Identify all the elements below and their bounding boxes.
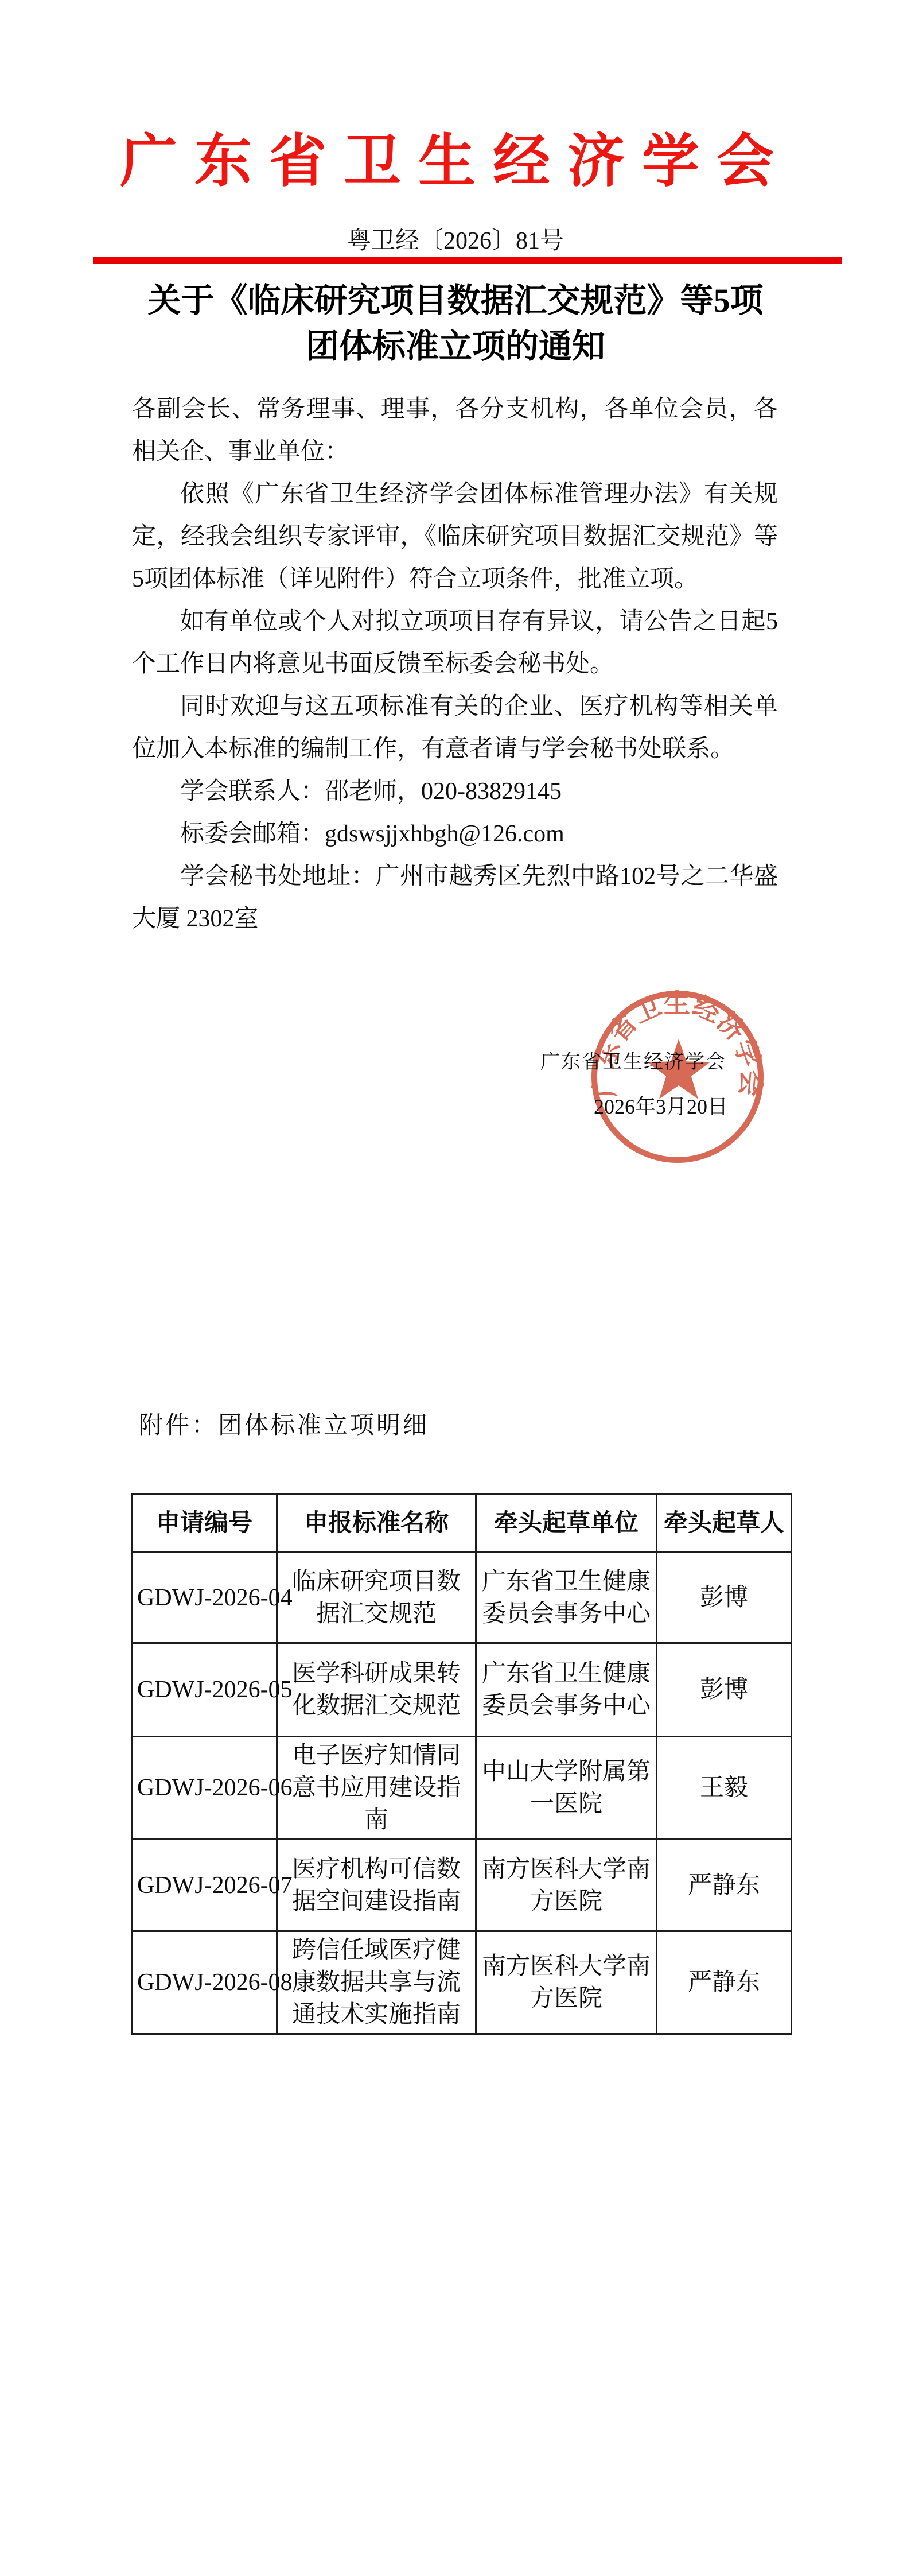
approval-paragraph: 依照《广东省卫生经济学会团体标准管理办法》有关规定，经我会组织专家评审，《临床研… (132, 473, 778, 600)
cell-lead-org: 中山大学附属第一医院 (476, 1737, 657, 1840)
red-divider-rule (93, 257, 842, 264)
cell-standard-name: 跨信任域医疗健康数据共享与流通技术实施指南 (277, 1931, 476, 2034)
cell-lead-drafter: 王毅 (657, 1737, 792, 1840)
cell-lead-drafter: 彭博 (657, 1553, 792, 1643)
cell-lead-org: 南方医科大学南方医院 (476, 1840, 657, 1931)
cell-standard-name: 医疗机构可信数据空间建设指南 (277, 1840, 476, 1931)
document-title: 关于《临床研究项目数据汇交规范》等5项 团体标准立项的通知 (65, 278, 846, 370)
cell-standard-name: 医学科研成果转化数据汇交规范 (277, 1643, 476, 1737)
signature-date: 2026年3月20日 (569, 1091, 753, 1120)
body-text: 各副会长、常务理事、理事，各分支机构，各单位会员，各相关企、事业单位： 依照《广… (132, 388, 778, 940)
cell-standard-name: 电子医疗知情同意书应用建设指南 (277, 1737, 476, 1840)
cell-lead-org: 广东省卫生健康委员会事务中心 (476, 1553, 657, 1643)
cell-lead-org: 南方医科大学南方医院 (476, 1931, 657, 2034)
cell-application-no: GDWJ-2026-06 (132, 1737, 277, 1840)
cell-application-no: GDWJ-2026-07 (132, 1840, 277, 1931)
table-row: GDWJ-2026-05 医学科研成果转化数据汇交规范 广东省卫生健康委员会事务… (132, 1643, 792, 1737)
doc-number: 粤卫经〔2026〕81号 (0, 222, 911, 256)
table-row: GDWJ-2026-07 医疗机构可信数据空间建设指南 南方医科大学南方医院 严… (132, 1840, 792, 1931)
col-header-lead-drafter: 牵头起草人 (657, 1495, 792, 1553)
cell-standard-name: 临床研究项目数据汇交规范 (277, 1553, 476, 1643)
col-header-lead-org: 牵头起草单位 (476, 1495, 657, 1553)
cell-lead-org: 广东省卫生健康委员会事务中心 (476, 1643, 657, 1737)
document-title-line2: 团体标准立项的通知 (65, 324, 846, 370)
col-header-standard-name: 申报标准名称 (277, 1495, 476, 1553)
cell-lead-drafter: 彭博 (657, 1643, 792, 1737)
org-title: 广东省卫生经济学会 (0, 115, 911, 197)
standards-table: 申请编号 申报标准名称 牵头起草单位 牵头起草人 GDWJ-2026-04 临床… (131, 1493, 792, 2035)
official-seal-stamp: 广东省卫生经济学会 (586, 985, 769, 1169)
cell-application-no: GDWJ-2026-08 (132, 1931, 277, 2034)
table-header-row: 申请编号 申报标准名称 牵头起草单位 牵头起草人 (132, 1495, 792, 1553)
col-header-application-no: 申请编号 (132, 1495, 277, 1553)
cell-lead-drafter: 严静东 (657, 1931, 792, 2034)
signature-org-name: 广东省卫生经济学会 (540, 1046, 724, 1074)
contact-person-line: 学会联系人：邵老师，020-83829145 (132, 770, 778, 813)
table-row: GDWJ-2026-08 跨信任域医疗健康数据共享与流通技术实施指南 南方医科大… (132, 1931, 792, 2034)
attachment-label: 附件：团体标准立项明细 (139, 1406, 429, 1441)
table-row: GDWJ-2026-04 临床研究项目数据汇交规范 广东省卫生健康委员会事务中心… (132, 1553, 792, 1643)
objection-paragraph: 如有单位或个人对拟立项项目存有异议，请公告之日起5个工作日内将意见书面反馈至标委… (132, 600, 778, 685)
document-title-line1: 关于《临床研究项目数据汇交规范》等5项 (65, 278, 846, 324)
contact-email-line: 标委会邮箱：gdswsjjxhbgh@126.com (132, 813, 778, 855)
cell-application-no: GDWJ-2026-04 (132, 1553, 277, 1643)
salutation-paragraph: 各副会长、常务理事、理事，各分支机构，各单位会员，各相关企、事业单位： (132, 388, 778, 473)
cell-lead-drafter: 严静东 (657, 1840, 792, 1931)
document-page: 广东省卫生经济学会 粤卫经〔2026〕81号 关于《临床研究项目数据汇交规范》等… (0, 0, 911, 2576)
cell-application-no: GDWJ-2026-05 (132, 1643, 277, 1737)
invitation-paragraph: 同时欢迎与这五项标准有关的企业、医疗机构等相关单位加入本标准的编制工作，有意者请… (132, 685, 778, 770)
contact-address-line: 学会秘书处地址：广州市越秀区先烈中路102号之二华盛大厦 2302室 (132, 855, 778, 940)
table-row: GDWJ-2026-06 电子医疗知情同意书应用建设指南 中山大学附属第一医院 … (132, 1737, 792, 1840)
